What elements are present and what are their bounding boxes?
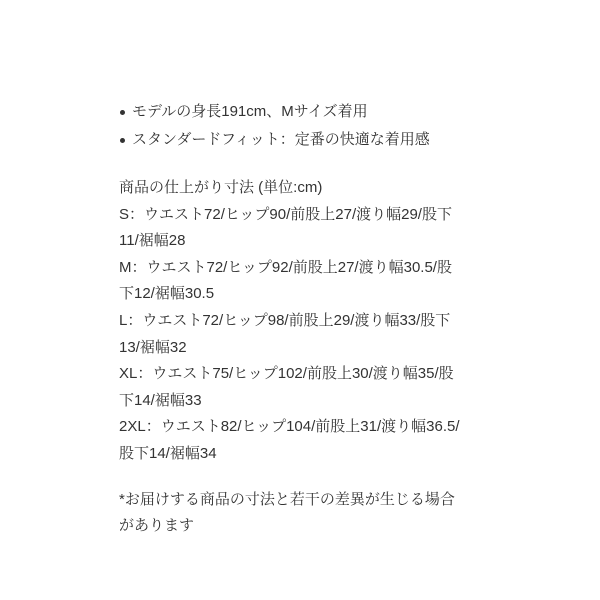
size-spec-l: L：ウエスト72/ヒップ98/前股上29/渡り幅33/股下13/裾幅32 [119, 308, 465, 361]
product-description-page: モデルの身長191cm、Mサイズ着用 スタンダードフィット：定番の快適な着用感 … [0, 0, 600, 600]
feature-bullet-label: モデルの身長191cm、Mサイズ着用 [132, 103, 368, 120]
bullet-dot-icon [120, 110, 125, 115]
feature-bullet-label: スタンダードフィット：定番の快適な着用感 [132, 131, 430, 148]
size-spec-heading: 商品の仕上がり寸法 (単位:cm) [119, 175, 465, 202]
size-spec-xl: XL：ウエスト75/ヒップ102/前股上30/渡り幅35/股下14/裾幅33 [119, 361, 465, 414]
size-deviation-note: *お届けする商品の寸法と若干の差異が生じる場合があります [119, 487, 465, 540]
bullet-dot-icon [120, 138, 125, 143]
size-spec-m: M：ウエスト72/ヒップ92/前股上27/渡り幅30.5/股下12/裾幅30.5 [119, 255, 465, 308]
product-description-content: モデルの身長191cm、Mサイズ着用 スタンダードフィット：定番の快適な着用感 … [119, 98, 465, 540]
feature-bullet-model-height: モデルの身長191cm、Mサイズ着用 [119, 98, 465, 126]
feature-bullet-list: モデルの身長191cm、Mサイズ着用 スタンダードフィット：定番の快適な着用感 [119, 98, 465, 154]
size-spec-2xl: 2XL：ウエスト82/ヒップ104/前股上31/渡り幅36.5/股下14/裾幅3… [119, 414, 465, 467]
size-spec-s: S：ウエスト72/ヒップ90/前股上27/渡り幅29/股下11/裾幅28 [119, 202, 465, 255]
feature-bullet-fit: スタンダードフィット：定番の快適な着用感 [119, 126, 465, 154]
size-spec-block: 商品の仕上がり寸法 (単位:cm) S：ウエスト72/ヒップ90/前股上27/渡… [119, 175, 465, 468]
